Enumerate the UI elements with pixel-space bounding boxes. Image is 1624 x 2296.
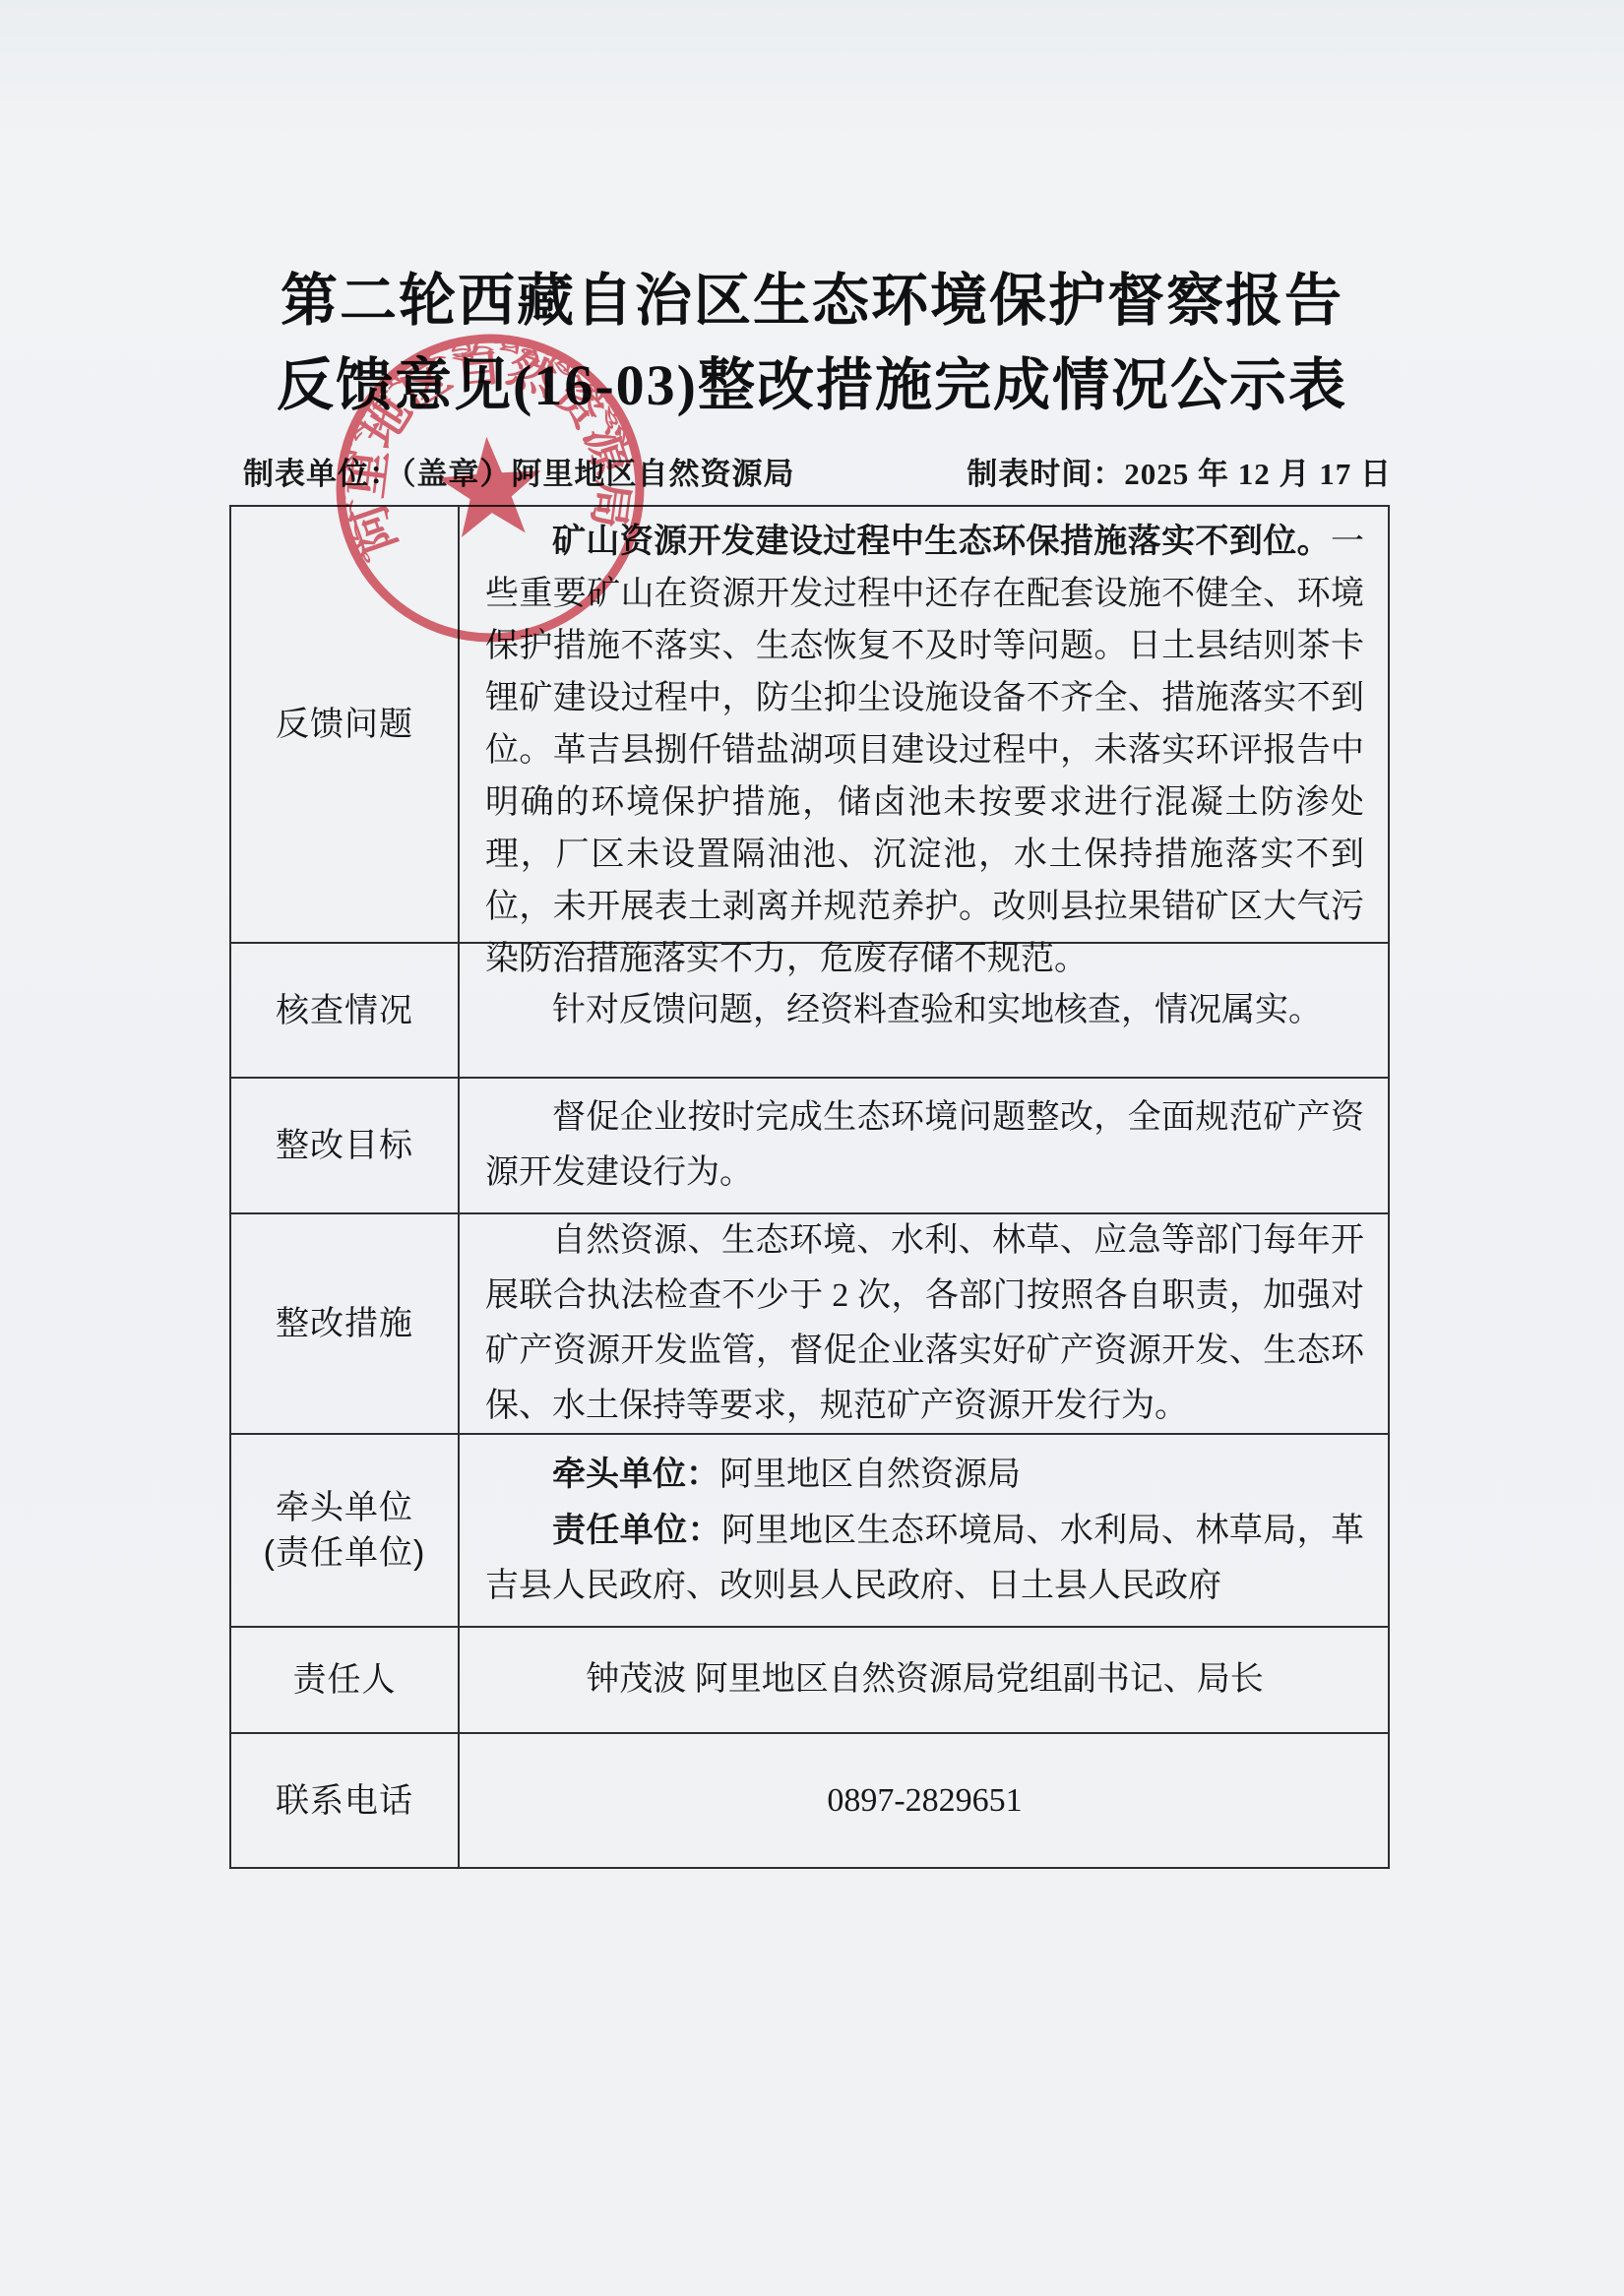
- public-notice-table: 反馈问题 矿山资源开发建设过程中生态环保措施落实不到位。一些重要矿山在资源开发过…: [229, 505, 1390, 1869]
- lead-unit-label-line2: (责任单位): [264, 1530, 426, 1576]
- row-content-responsible-person: 钟茂波 阿里地区自然资源局党组副书记、局长: [460, 1628, 1388, 1732]
- row-label-verification: 核查情况: [231, 944, 460, 1077]
- row-content-rectification-goal: 督促企业按时完成生态环境问题整改，全面规范矿产资源开发建设行为。: [460, 1079, 1388, 1212]
- page-title-line1: 第二轮西藏自治区生态环境保护督察报告: [0, 254, 1624, 337]
- prepared-time: 制表时间：2025 年 12 月 17 日: [967, 449, 1392, 493]
- responsible-unit-lead: 责任单位：: [552, 1512, 721, 1549]
- prepared-by: 制表单位：（盖章）阿里地区自然资源局: [229, 449, 795, 493]
- table-row-lead-unit: 牵头单位 (责任单位) 牵头单位：阿里地区自然资源局 责任单位：阿里地区生态环境…: [231, 1433, 1388, 1626]
- row-content-lead-unit: 牵头单位：阿里地区自然资源局 责任单位：阿里地区生态环境局、水利局、林草局，革吉…: [460, 1435, 1388, 1626]
- table-row-verification: 核查情况 针对反馈问题，经资料查验和实地核查，情况属实。: [231, 942, 1388, 1077]
- verification-text: 针对反馈问题，经资料查验和实地核查，情况属实。: [485, 983, 1364, 1038]
- row-content-contact-phone: 0897-2829651: [460, 1734, 1388, 1867]
- row-content-feedback-problem: 矿山资源开发建设过程中生态环保措施落实不到位。一些重要矿山在资源开发过程中还存在…: [460, 507, 1388, 942]
- contact-phone-number: 0897-2829651: [827, 1773, 1022, 1829]
- prepared-by-value: （盖章）阿里地区自然资源局: [401, 457, 795, 491]
- row-label-contact-phone: 联系电话: [231, 1734, 460, 1867]
- row-label-responsible-person: 责任人: [231, 1628, 460, 1732]
- prepared-by-label: 制表单位：: [243, 457, 401, 491]
- prepared-time-value: 2025 年 12 月 17 日: [1124, 457, 1392, 491]
- row-label-lead-unit: 牵头单位 (责任单位): [231, 1435, 460, 1626]
- table-row-feedback-problem: 反馈问题 矿山资源开发建设过程中生态环保措施落实不到位。一些重要矿山在资源开发过…: [231, 507, 1388, 942]
- page-title-line2: 反馈意见(16-03)整改措施完成情况公示表: [0, 339, 1624, 421]
- table-row-contact-phone: 联系电话 0897-2829651: [231, 1732, 1388, 1867]
- row-label-rectification-measures: 整改措施: [231, 1214, 460, 1433]
- rectification-measures-text: 自然资源、生态环境、水利、林草、应急等部门每年开展联合执法检查不少于 2 次，各…: [485, 1213, 1364, 1434]
- lead-unit-lead: 牵头单位：: [552, 1456, 719, 1493]
- row-label-rectification-goal: 整改目标: [231, 1079, 460, 1212]
- table-row-rectification-goal: 整改目标 督促企业按时完成生态环境问题整改，全面规范矿产资源开发建设行为。: [231, 1077, 1388, 1212]
- lead-unit-text: 阿里地区自然资源局: [719, 1457, 1021, 1493]
- document-page: 第二轮西藏自治区生态环境保护督察报告 反馈意见(16-03)整改措施完成情况公示…: [0, 0, 1624, 2296]
- rectification-goal-text: 督促企业按时完成生态环境问题整改，全面规范矿产资源开发建设行为。: [485, 1090, 1364, 1201]
- table-row-rectification-measures: 整改措施 自然资源、生态环境、水利、林草、应急等部门每年开展联合执法检查不少于 …: [231, 1212, 1388, 1433]
- row-label-feedback-problem: 反馈问题: [231, 507, 460, 942]
- meta-row: 制表单位：（盖章）阿里地区自然资源局 制表时间：2025 年 12 月 17 日: [229, 449, 1392, 493]
- feedback-problem-lead: 矿山资源开发建设过程中生态环保措施落实不到位。: [552, 523, 1331, 560]
- row-content-rectification-measures: 自然资源、生态环境、水利、林草、应急等部门每年开展联合执法检查不少于 2 次，各…: [460, 1214, 1388, 1433]
- row-content-verification: 针对反馈问题，经资料查验和实地核查，情况属实。: [460, 944, 1388, 1077]
- prepared-time-label: 制表时间：: [967, 457, 1124, 491]
- table-row-responsible-person: 责任人 钟茂波 阿里地区自然资源局党组副书记、局长: [231, 1626, 1388, 1732]
- lead-unit-label-line1: 牵头单位: [276, 1485, 413, 1530]
- feedback-problem-text: 一些重要矿山在资源开发过程中还存在配套设施不健全、环境保护措施不落实、生态恢复不…: [485, 524, 1364, 977]
- responsible-person-text: 钟茂波 阿里地区自然资源局党组副书记、局长: [586, 1652, 1264, 1707]
